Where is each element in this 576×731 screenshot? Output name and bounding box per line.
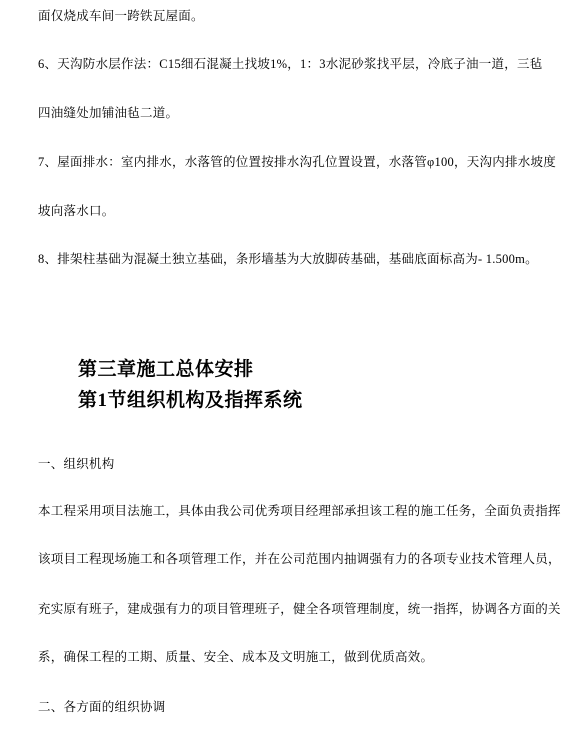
subsection-2-title: 二、各方面的组织协调 <box>38 699 166 715</box>
item-7-line-2: 坡向落水口。 <box>38 203 115 219</box>
item-7-line-1: 7、屋面排水：室内排水，水落管的位置按排水沟孔位置设置，水落管φ100，天沟内排… <box>38 154 556 170</box>
item-6-line-1: 6、天沟防水层作法：C15细石混凝土找坡1%，1：3水泥砂浆找平层，冷底子油一道… <box>38 56 543 72</box>
para-1-line-4: 系，确保工程的工期、质量、安全、成本及文明施工，做到优质高效。 <box>38 649 433 665</box>
section-heading: 第1节组织机构及指挥系统 <box>78 390 303 412</box>
subsection-1-title: 一、组织机构 <box>38 456 115 472</box>
document-page: 面仅烧成车间一跨铁瓦屋面。 6、天沟防水层作法：C15细石混凝土找坡1%，1：3… <box>0 0 576 731</box>
para-1-line-1: 本工程采用项目法施工，具体由我公司优秀项目经理部承担该工程的施工任务，全面负责指… <box>38 503 561 519</box>
continuation-line: 面仅烧成车间一跨铁瓦屋面。 <box>38 8 204 24</box>
para-1-line-2: 该项目工程现场施工和各项管理工作，并在公司范围内抽调强有力的各项专业技术管理人员… <box>38 551 561 567</box>
item-8-line: 8、排架柱基础为混凝土独立基础，条形墙基为大放脚砖基础，基础底面标高为- 1.5… <box>38 251 538 267</box>
item-6-line-2: 四油缝处加铺油毡二道。 <box>38 105 178 121</box>
para-1-line-3: 充实原有班子，建成强有力的项目管理班子，健全各项管理制度，统一指挥，协调各方面的… <box>38 601 561 617</box>
chapter-heading: 第三章施工总体安排 <box>78 359 254 381</box>
